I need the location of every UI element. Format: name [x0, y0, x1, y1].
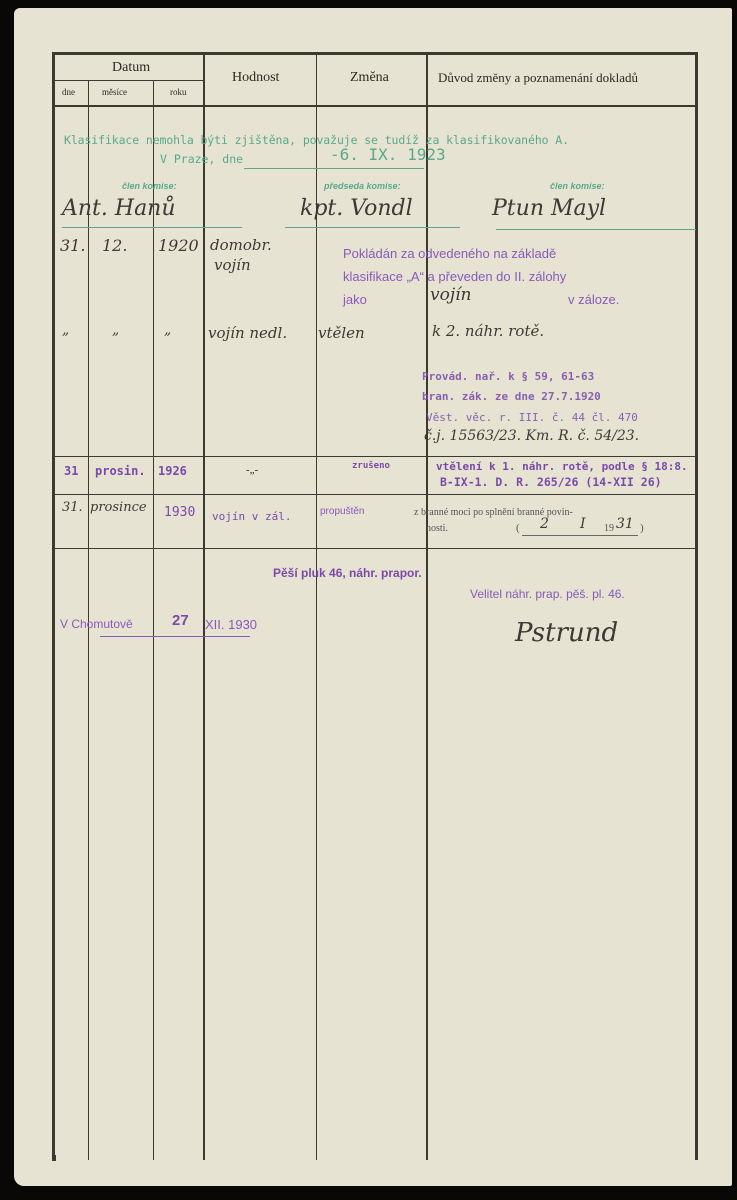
row3-duvod-1: vtělení k 1. náhr. rotě, podle § 18:8. [436, 460, 688, 473]
stamp-jako-value: vojín [430, 285, 472, 305]
row4-dne: 31. [62, 500, 83, 515]
row1-dne: 31. [60, 236, 85, 255]
row4-date-month: I [580, 516, 586, 532]
row4-zmena: propuštěn [320, 506, 364, 517]
ref-line3: Věst. věc. r. III. č. 44 čl. 470 [426, 411, 638, 424]
row4-date-year-prefix: 19 [604, 523, 614, 534]
col-line-roku [203, 55, 205, 1160]
row3-dne: 31 [64, 464, 78, 478]
row4-date-day: 2 [540, 516, 549, 532]
col-line-mesice [153, 80, 154, 1160]
header-duvod: Důvod změny a poznamenání dokladů [438, 70, 638, 86]
footer-day: 27 [172, 612, 189, 629]
row3-hodnost: -„- [246, 464, 258, 476]
commander-stamp: Velitel náhr. prap. pěš. pl. 46. [470, 587, 625, 601]
classification-place: V Praze, dne [160, 152, 243, 166]
label-member2: člen komise: [550, 181, 605, 191]
row2-hodnost: vojín nedl. [208, 324, 287, 342]
row4-mesice: prosince [90, 500, 147, 515]
ref-line1: Provád. nař. k § 59, 61-63 [422, 370, 594, 383]
row3-roku: 1926 [158, 464, 187, 478]
label-member1: člen komise: [122, 181, 177, 191]
header-dne: dne [62, 87, 75, 97]
row4-roku: 1930 [164, 505, 195, 520]
label-chair: předseda komise: [324, 181, 401, 191]
stamp-jako: jako [343, 292, 367, 307]
classification-text: Klasifikace nemohla býti zjištěna, považ… [64, 133, 569, 147]
row4-duvod-1: z branné moci po splnění branné povin- [414, 507, 573, 518]
stamp-line2: klasifikace „A“ a převeden do II. zálohy [343, 269, 566, 284]
header-datum: Datum [112, 60, 150, 76]
ref-line4: č.j. 15563/23. Km. R. č. 54/23. [424, 428, 639, 444]
footer-month-year: XII. 1930 [205, 617, 257, 632]
row1-hodnost-2: vojín [214, 256, 251, 274]
row3-mesice: prosin. [95, 464, 146, 478]
row2-roku: „ [164, 322, 171, 338]
ref-line2: bran. zák. ze dne 27.7.1920 [422, 390, 601, 403]
signature-member2: Ptun Mayl [492, 196, 606, 221]
unit-stamp: Pěší pluk 46, náhr. prapor. [273, 566, 422, 580]
stamp-zaloha: v záloze. [568, 292, 619, 307]
header-mesice: měsíce [102, 87, 127, 97]
row1-roku: 1920 [158, 236, 199, 255]
row2-duvod: k 2. náhr. rotě. [432, 322, 544, 340]
col-line-zmena [426, 55, 428, 1160]
row1-hodnost-1: domobr. [210, 236, 272, 254]
row4-date-open: ( [516, 522, 520, 534]
row4-hodnost: vojín v zál. [212, 510, 291, 523]
header-roku: roku [170, 87, 187, 97]
row4-duvod-2: nosti. [426, 523, 448, 534]
place-label: V Chomutově [60, 617, 133, 631]
row3-duvod-2: B-IX-1. D. R. 265/26 (14-XII 26) [440, 475, 662, 489]
header-hodnost: Hodnost [232, 70, 279, 86]
row4-date-year-suffix: 31 [616, 516, 634, 532]
header-zmena: Změna [350, 70, 389, 86]
row2-zmena: vtělen [318, 324, 365, 342]
row3-zmena: zrušeno [352, 461, 390, 471]
row4-date-close: ) [640, 522, 644, 534]
row1-mesice: 12. [102, 236, 127, 255]
row2-mesice: „ [112, 322, 119, 338]
signature-chair: kpt. Vondl [300, 196, 413, 221]
signature-member1: Ant. Hanů [62, 196, 176, 221]
classification-date: -6. IX. 1923 [330, 145, 446, 164]
commander-signature: Pstrund [515, 618, 618, 648]
stamp-line1: Pokládán za odvedeného na základě [343, 246, 556, 261]
row2-dne: „ [62, 322, 69, 338]
